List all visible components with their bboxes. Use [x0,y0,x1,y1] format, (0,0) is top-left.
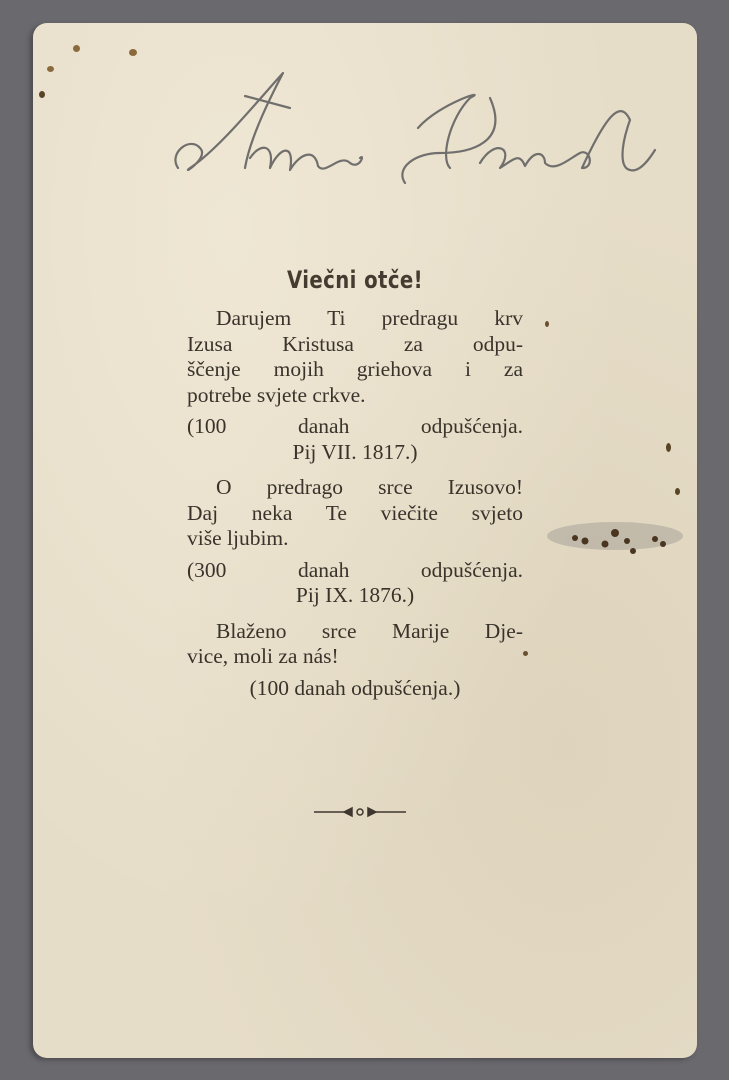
prayer-paragraph-2: O predrago srce Izusovo! Daj neka Te vie… [187,475,523,552]
indulgence-line: (300 danah odpušćenja. [187,558,523,584]
indulgence-note-1: (100 danah odpušćenja. Pij VII. 1817.) [187,414,523,465]
handwritten-signature [150,58,710,208]
stain-spot [47,66,54,72]
indulgence-line: (100 danah odpušćenja.) [187,676,523,702]
stain-spot [73,45,80,52]
text-line: Blaženo srce Marije Dje- [187,619,523,645]
stain-spot [675,488,680,495]
prayer-heading: Viečni otče! [217,266,493,294]
stain-spot [523,651,528,656]
prayer-text: Viečni otče! Darujem Ti predragu krv Izu… [187,266,523,711]
text-line: potrebe svjete crkve. [187,383,523,409]
pencil-signature-icon [150,58,710,208]
stain-spot [39,91,45,98]
stain-spot [129,49,137,56]
prayer-paragraph-1: Darujem Ti predragu krv Izusa Kristusa z… [187,306,523,408]
stain-spot [545,321,549,327]
indulgence-line: Pij VII. 1817.) [187,440,523,466]
text-line: Daj neka Te viečite svjeto [187,501,523,527]
pencil-smudge [545,511,685,561]
indulgence-line: (100 danah odpušćenja. [187,414,523,440]
prayer-paragraph-3: Blaženo srce Marije Dje- vice, moli za n… [187,619,523,670]
text-line: Darujem Ti predragu krv [187,306,523,332]
stain-spot [666,443,671,452]
text-line: vice, moli za nás! [187,644,523,670]
indulgence-note-2: (300 danah odpušćenja. Pij IX. 1876.) [187,558,523,609]
ornament-divider-icon [314,804,406,818]
indulgence-note-3: (100 danah odpušćenja.) [187,676,523,702]
indulgence-line: Pij IX. 1876.) [187,583,523,609]
text-line: Izusa Kristusa za odpu- [187,332,523,358]
text-line: više ljubim. [187,526,523,552]
text-line: ščenje mojih griehova i za [187,357,523,383]
text-line: O predrago srce Izusovo! [187,475,523,501]
